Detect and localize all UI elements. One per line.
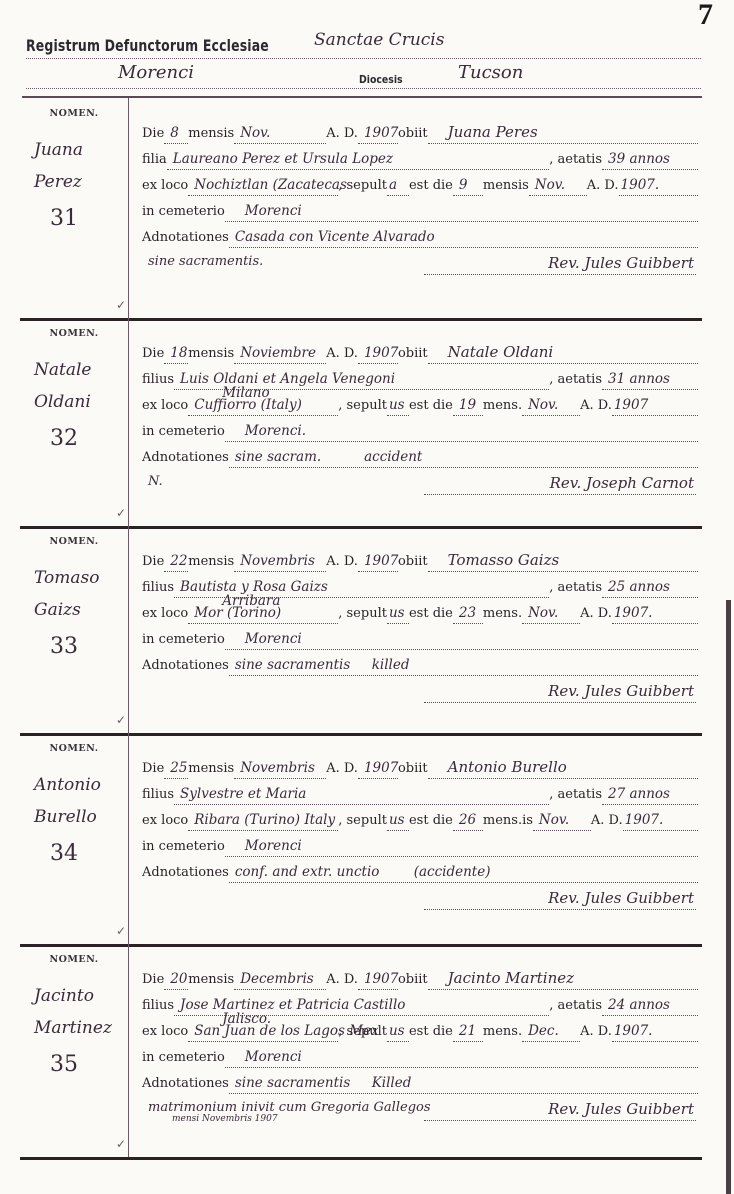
field-text: ex loco [142,178,188,196]
field-text: 22 [170,553,187,569]
check-mark-icon: ✓ [116,924,126,938]
field-text: Juana Peres [448,123,538,141]
origin-burial-line: ex loco San Juan de los Lagos MexJalisco… [142,1016,698,1042]
record-fields: Die 8 mensis Nov. A. D. 1907 obiit Juana… [142,118,698,278]
field-text: 1907 [364,125,398,141]
field-text: Dec. [528,1023,559,1039]
field-text: mens.is [483,813,533,831]
field-text: Adnotationes [142,1076,229,1094]
burial-month: Nov. [529,175,587,196]
parents-line: filia Laureano Perez et Ursula Lopez , a… [142,144,698,170]
deceased-name: Tomasso Gaizs [428,551,698,572]
field-text: Adnotationes [142,658,229,676]
deceased-name: Natale Oldani [428,343,698,364]
origin-burial-line: ex loco Nochiztlan (Zacatecas , sepult a… [142,170,698,196]
record-number: 34 [50,841,78,866]
signature-line: matrimonium inivit cum Gregoria Gallegos… [142,1094,698,1124]
field-text: Morenci [245,1049,302,1065]
page-number: 7 [698,0,713,32]
field-text: Laureano Perez et Ursula Lopez [173,151,393,167]
field-text: A. D. [580,606,612,624]
field-text: Jalisco. [222,1011,271,1027]
burial-year: 1907. [619,175,698,196]
field-text: 1907 [364,553,398,569]
record-fields: Die 22 mensis Novembris A. D. 1907 obiit… [142,546,698,706]
death-month: Nov. [234,123,326,144]
field-text: , sepult [338,813,387,831]
field-text: Decembris [240,971,314,987]
field-text: filius [142,787,174,805]
field-text: 1907 [364,345,398,361]
cemetery-line: in cemeterio Morenci [142,1042,698,1068]
field-text: , aetatis [549,787,602,805]
record-fields: Die 18 mensis Noviembre A. D. 1907 obiit… [142,338,698,498]
death-year: 1907 [358,123,398,144]
field-text: 1907. [614,605,653,621]
annotations-extra-2: mensi Novembris 1907 [172,1114,278,1124]
priest-signature: Rev. Jules Guibbert [548,254,694,272]
field-text: sine sacram. accident [235,449,423,465]
field-text: in cemeterio [142,839,225,857]
field-text: 1907. [625,812,664,828]
annotations-extra: matrimonium inivit cum Gregoria Gallegos [148,1100,431,1115]
field-text: obiit [398,761,428,779]
field-text: mensis [188,554,234,572]
field-text: filius [142,998,174,1016]
field-text: est die [409,1024,453,1042]
field-text: A. D. [587,178,619,196]
origin-place: Mor (Torino)Arribara [188,603,338,624]
field-text: Nov. [240,125,270,141]
field-text: 1907 [364,760,398,776]
nomen-column: NOMEN. Jacinto Martinez 35 ✓ [20,944,129,1157]
burial-month: Nov. [522,395,580,416]
nomen-first-name: Natale [34,360,91,380]
check-mark-icon: ✓ [116,298,126,312]
annotations-line: Adnotationes Casada con Vicente Alvarado [142,222,698,248]
death-date-line: Die 18 mensis Noviembre A. D. 1907 obiit… [142,338,698,364]
cemetery-name: Morenci. [225,421,698,442]
field-text: obiit [398,554,428,572]
field-text: obiit [398,126,428,144]
field-text: filia [142,152,167,170]
burial-month: Nov. [522,603,580,624]
priest-signature: Rev. Jules Guibbert [548,889,694,907]
field-text: Die [142,126,164,144]
burial-day: 26 [453,810,483,831]
field-text: Tomasso Gaizs [448,551,560,569]
field-text: Nochiztlan (Zacatecas [194,177,347,193]
signature-line: N. Rev. Joseph Carnot [142,468,698,498]
burial-month: Dec. [522,1021,580,1042]
check-mark-icon: ✓ [116,506,126,520]
parents-names: Sylvestre et Maria [174,784,549,805]
field-text: ex loco [142,606,188,624]
death-record: NOMEN. Jacinto Martinez 35 ✓ Die 20 mens… [20,944,702,1160]
field-text: Jacinto Martinez [448,969,574,987]
field-text: , aetatis [549,998,602,1016]
age: 25 annos [602,577,698,598]
field-text: est die [409,398,453,416]
nomen-label: NOMEN. [20,328,128,339]
parents-names: Laureano Perez et Ursula Lopez [167,149,550,170]
nomen-label: NOMEN. [20,536,128,547]
field-text: us [389,397,405,413]
field-text: filius [142,372,174,390]
burial-day: 9 [453,175,483,196]
field-text: 21 [459,1023,476,1039]
field-text: , aetatis [549,580,602,598]
record-number: 31 [50,206,78,231]
age: 31 annos [602,369,698,390]
diocese-label: Diocesis [359,73,403,86]
register-header: Registrum Defunctorum Ecclesiae Sanctae … [26,36,701,59]
field-text: mensis [188,126,234,144]
burial-year: 1907. [612,603,698,624]
annotations-extra: sine sacramentis. [148,254,263,269]
field-text: Die [142,346,164,364]
death-month: Novembris [234,551,326,572]
annotations-text: Casada con Vicente Alvarado [229,227,698,248]
field-text: in cemeterio [142,632,225,650]
field-text: A. D. [326,554,358,572]
field-text: , aetatis [549,152,602,170]
field-text: 1907 [364,971,398,987]
annotations-text: conf. and extr. unctio (accidente) [229,862,698,883]
field-text: 26 [459,812,476,828]
cemetery-name: Morenci [225,1047,698,1068]
field-text: est die [409,606,453,624]
field-text: 1907. [614,1023,653,1039]
death-day: 8 [164,123,188,144]
death-date-line: Die 8 mensis Nov. A. D. 1907 obiit Juana… [142,118,698,144]
field-text: , aetatis [549,372,602,390]
record-number: 32 [50,426,78,451]
field-text: A. D. [326,126,358,144]
parents-line: filius Sylvestre et Maria , aetatis 27 a… [142,779,698,805]
field-text: Nov. [535,177,565,193]
field-text: Casada con Vicente Alvarado [235,229,435,245]
field-text: A. D. [326,346,358,364]
field-text: Novembris [240,553,315,569]
nomen-first-name: Antonio [34,775,101,795]
annotations-text: sine sacramentis Killed [229,1073,698,1094]
field-text: 39 annos [608,151,670,167]
sepult-suffix: us [387,810,409,831]
field-text: mens. [483,606,522,624]
field-text: 23 [459,605,476,621]
field-text: A. D. [591,813,623,831]
field-text: A. D. [580,398,612,416]
field-text: 27 annos [608,786,670,802]
field-text: Adnotationes [142,450,229,468]
field-text: a [389,177,397,193]
field-text: in cemeterio [142,424,225,442]
sepult-suffix: a [387,175,409,196]
field-text: sine sacramentis killed [235,657,410,673]
field-text: conf. and extr. unctio (accidente) [235,864,491,880]
field-text: obiit [398,346,428,364]
field-text: mensis [483,178,529,196]
registry-label: Registrum Defunctorum Ecclesiae [26,36,269,55]
field-text: Arribara [222,593,280,609]
nomen-label: NOMEN. [20,108,128,119]
field-text: Die [142,761,164,779]
annotations-extra: N. [148,474,163,489]
record-fields: Die 25 mensis Novembris A. D. 1907 obiit… [142,753,698,913]
cemetery-line: in cemeterio Morenci [142,624,698,650]
field-text: Luis Oldani et Angela Venegoni [180,371,395,387]
sepult-suffix: us [387,1021,409,1042]
death-date-line: Die 25 mensis Novembris A. D. 1907 obiit… [142,753,698,779]
death-record: NOMEN. Antonio Burello 34 ✓ Die 25 mensi… [20,733,702,947]
death-record: NOMEN. Tomaso Gaizs 33 ✓ Die 22 mensis N… [20,526,702,736]
field-text: 1907 [614,397,648,413]
origin-place: Nochiztlan (Zacatecas [188,175,338,196]
nomen-last-name: Gaizs [34,600,81,620]
field-text: Nov. [528,605,558,621]
priest-signature: Rev. Jules Guibbert [548,682,694,700]
field-text: 8 [170,125,179,141]
death-day: 25 [164,758,188,779]
nomen-column: NOMEN. Juana Perez 31 ✓ [20,98,129,318]
annotations-text: sine sacramentis killed [229,655,698,676]
origin-burial-line: ex loco Ribara (Turino) Italy , sepult u… [142,805,698,831]
field-text: 25 annos [608,579,670,595]
annotations-line: Adnotationes sine sacramentis killed [142,650,698,676]
death-record: NOMEN. Juana Perez 31 ✓ Die 8 mensis Nov… [20,98,702,321]
burial-year: 1907. [612,1021,698,1042]
origin-place: Ribara (Turino) Italy [188,810,338,831]
field-text: 1907. [621,177,660,193]
field-text: Morenci [245,631,302,647]
death-date-line: Die 22 mensis Novembris A. D. 1907 obiit… [142,546,698,572]
diocese-name: Tucson [458,62,523,83]
death-month: Novembris [234,758,326,779]
nomen-last-name: Perez [34,172,82,192]
nomen-last-name: Martinez [34,1018,112,1038]
nomen-first-name: Jacinto [34,986,94,1006]
annotations-line: Adnotationes sine sacramentis Killed [142,1068,698,1094]
field-text: Die [142,972,164,990]
death-day: 20 [164,969,188,990]
death-month: Decembris [234,969,326,990]
field-text: A. D. [326,761,358,779]
field-text: us [389,812,405,828]
field-text: A. D. [580,1024,612,1042]
field-text: filius [142,580,174,598]
field-text: ex loco [142,1024,188,1042]
age: 27 annos [602,784,698,805]
age: 24 annos [602,995,698,1016]
cemetery-name: Morenci [225,201,698,222]
death-record: NOMEN. Natale Oldani 32 ✓ Die 18 mensis … [20,318,702,529]
cemetery-name: Morenci [225,836,698,857]
age: 39 annos [602,149,698,170]
field-text: sine sacramentis Killed [235,1075,412,1091]
field-text: Morenci [245,838,302,854]
field-text: in cemeterio [142,1050,225,1068]
origin-burial-line: ex loco Cuffiorro (Italy)Milano , sepult… [142,390,698,416]
field-text: 24 annos [608,997,670,1013]
field-text: ex loco [142,398,188,416]
field-text: A. D. [326,972,358,990]
check-mark-icon: ✓ [116,1137,126,1151]
page-edge-shadow [726,600,731,1194]
burial-year: 1907. [623,810,698,831]
church-name: Sanctae Crucis [314,30,444,50]
field-text: mensis [188,346,234,364]
death-year: 1907 [358,758,398,779]
death-date-line: Die 20 mensis Decembris A. D. 1907 obiit… [142,964,698,990]
field-text: Sylvestre et Maria [180,786,306,802]
death-year: 1907 [358,551,398,572]
field-text: 9 [459,177,468,193]
cemetery-line: in cemeterio Morenci [142,196,698,222]
annotations-text: sine sacram. accident [229,447,698,468]
field-text: mens. [483,398,522,416]
field-text: mensis [188,761,234,779]
priest-signature: Rev. Joseph Carnot [550,474,694,492]
annotations-line: Adnotationes conf. and extr. unctio (acc… [142,857,698,883]
cemetery-line: in cemeterio Morenci. [142,416,698,442]
field-text: us [389,1023,405,1039]
field-text: est die [409,813,453,831]
burial-day: 21 [453,1021,483,1042]
field-text: Milano [222,385,269,401]
field-text: Noviembre [240,345,316,361]
field-text: in cemeterio [142,204,225,222]
field-text: , sepult [338,398,387,416]
annotations-line: Adnotationes sine sacram. accident [142,442,698,468]
field-text: , sepult [338,606,387,624]
field-text: 25 [170,760,187,776]
record-number: 33 [50,634,78,659]
field-text: obiit [398,972,428,990]
burial-day: 23 [453,603,483,624]
burial-month: Nov. [533,810,591,831]
sepult-suffix: us [387,603,409,624]
field-text: Novembris [240,760,315,776]
record-fields: Die 20 mensis Decembris A. D. 1907 obiit… [142,964,698,1124]
field-text: Nov. [528,397,558,413]
death-year: 1907 [358,969,398,990]
field-text: 19 [459,397,476,413]
origin-burial-line: ex loco Mor (Torino)Arribara , sepult us… [142,598,698,624]
nomen-column: NOMEN. Antonio Burello 34 ✓ [20,733,129,944]
field-text: Adnotationes [142,230,229,248]
field-text: mensis [188,972,234,990]
field-text: us [389,605,405,621]
burial-day: 19 [453,395,483,416]
deceased-name: Juana Peres [428,123,698,144]
nomen-label: NOMEN. [20,954,128,965]
field-text: Nov. [539,812,569,828]
field-text: Natale Oldani [448,343,554,361]
signature-line: Rev. Jules Guibbert [142,883,698,913]
field-text: Ribara (Turino) Italy [194,812,335,828]
field-text: Adnotationes [142,865,229,883]
field-text: Die [142,554,164,572]
field-text: Antonio Burello [448,758,567,776]
deceased-name: Jacinto Martinez [428,969,698,990]
nomen-column: NOMEN. Tomaso Gaizs 33 ✓ [20,526,129,733]
nomen-first-name: Juana [34,140,83,160]
signature-line: Rev. Jules Guibbert [142,676,698,706]
field-text: 18 [170,345,187,361]
field-text: mens. [483,1024,522,1042]
field-text: Morenci [245,203,302,219]
death-month: Noviembre [234,343,326,364]
field-text: 20 [170,971,187,987]
field-text: est die [409,178,453,196]
nomen-last-name: Oldani [34,392,91,412]
check-mark-icon: ✓ [116,713,126,727]
signature-line: sine sacramentis. Rev. Jules Guibbert [142,248,698,278]
parish-place: Morenci [118,62,194,83]
burial-year: 1907 [612,395,698,416]
death-year: 1907 [358,343,398,364]
field-text: Morenci. [245,423,306,439]
diocese-header: Morenci Diocesis Tucson [26,64,701,89]
nomen-column: NOMEN. Natale Oldani 32 ✓ [20,318,129,526]
cemetery-name: Morenci [225,629,698,650]
nomen-last-name: Burello [34,807,97,827]
field-text: ex loco [142,813,188,831]
death-day: 22 [164,551,188,572]
nomen-first-name: Tomaso [34,568,99,588]
cemetery-line: in cemeterio Morenci [142,831,698,857]
field-text: Jose Martinez et Patricia Castillo [180,997,405,1013]
priest-signature: Rev. Jules Guibbert [548,1100,694,1118]
origin-place: San Juan de los Lagos MexJalisco. [188,1021,338,1042]
record-number: 35 [50,1052,78,1077]
death-day: 18 [164,343,188,364]
sepult-suffix: us [387,395,409,416]
deceased-name: Antonio Burello [428,758,698,779]
origin-place: Cuffiorro (Italy)Milano [188,395,338,416]
field-text: 31 annos [608,371,670,387]
nomen-label: NOMEN. [20,743,128,754]
